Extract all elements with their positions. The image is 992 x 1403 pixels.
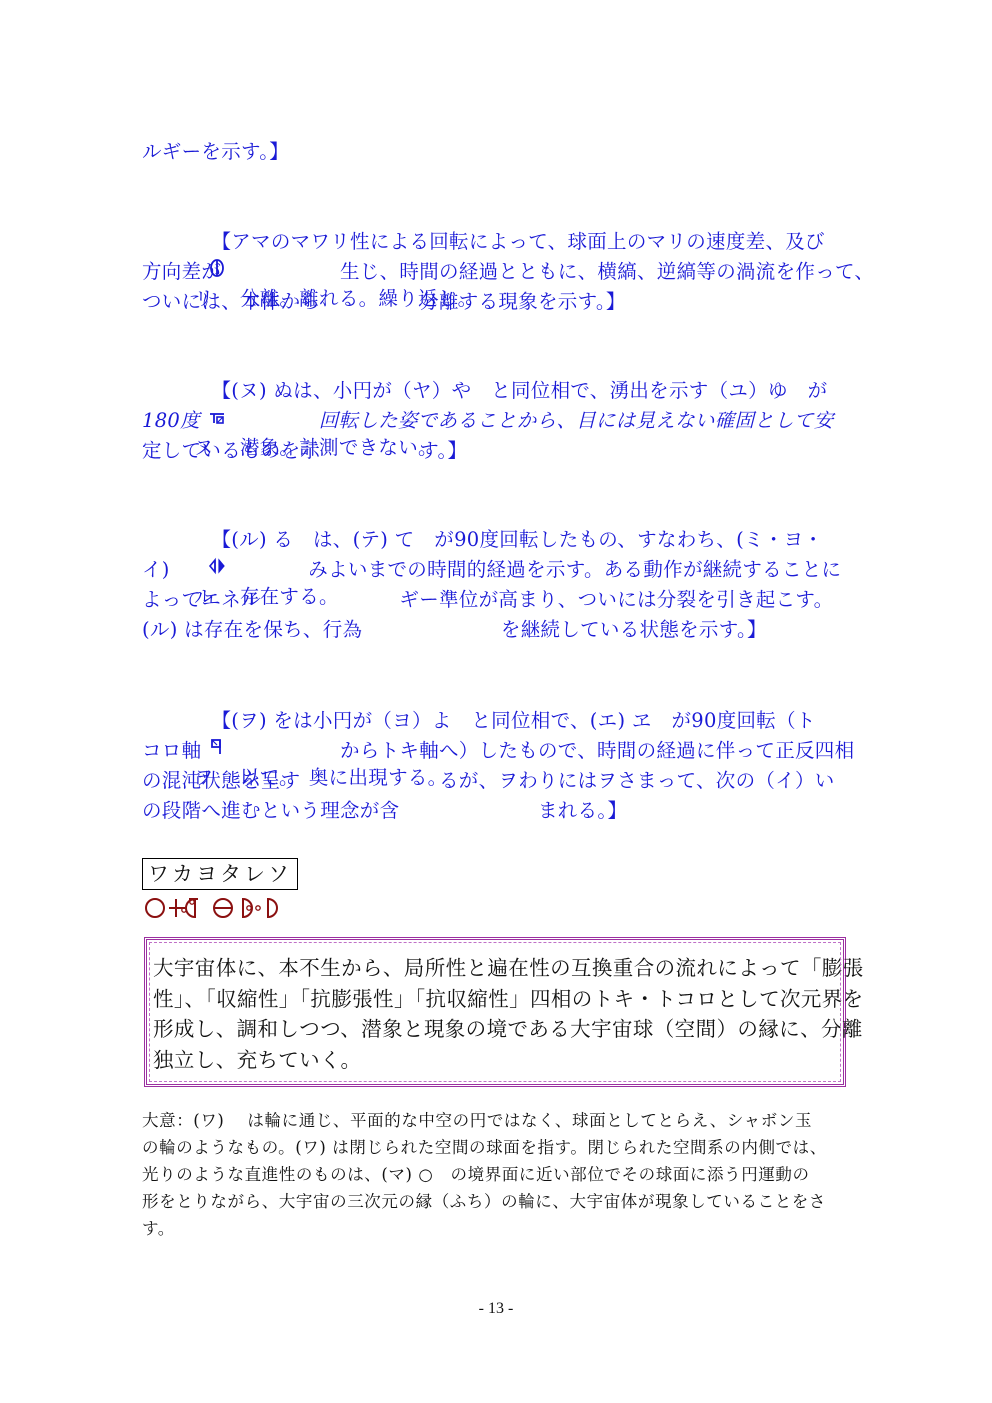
re-glyph-icon bbox=[243, 899, 252, 917]
entry-ri-line: 【アマのマワリ性による回転によって、球面上のマリの速度差、及び bbox=[142, 227, 825, 257]
verse-line: 大宇宙体に、本不生から、局所性と遍在性の互換重合の流れによって「膨張 bbox=[153, 953, 837, 984]
entry-ru-line: よってエネル ギー準位が高まり、ついには分裂を引き起こす。 bbox=[142, 585, 833, 615]
verse-line: 独立し、充ちていく。 bbox=[153, 1045, 837, 1076]
entry-ru-line: (ル) は存在を保ち、行為 を継続している状態を示す。】 bbox=[142, 615, 767, 645]
verse-line: 性」、「収縮性」「抗膨張性」「抗収縮性」四相のトキ・トコロとして次元界を bbox=[153, 984, 837, 1015]
verse-title: ワカヨタレソ bbox=[142, 858, 298, 890]
document-page: ルギーを示す。】 リ 分離。離れる。繰り返し。 【アマのマワリ性による回転によっ… bbox=[0, 0, 992, 1403]
note-line: 形をとりながら、大宇宙の三次元の縁（ふち）の輪に、大宇宙体が現象していることをさ bbox=[142, 1188, 826, 1215]
note-line: す。 bbox=[142, 1215, 175, 1242]
entry-nu-line: 【(ヌ) ぬは、小円が（ヤ）や と同位相で、湧出を示す（ユ）ゆ が bbox=[142, 376, 827, 406]
entry-ru-line: イ) みよいまでの時間的経過を示す。ある動作が継続することに bbox=[142, 555, 841, 585]
entry-ri-line: ついには、本体から 分離する現象を示す。】 bbox=[142, 287, 626, 317]
entry-wo-line: の混沌状態を呈す るが、ヲわりにはヲさまって、次の（イ）い bbox=[142, 766, 835, 796]
entry-nu-line: 180度 回転した姿であることから、目には見えない確固として安 bbox=[142, 406, 834, 436]
ta-glyph-icon bbox=[214, 899, 232, 917]
entry-ru-line: 【(ル) る は、(テ) て が90度回転したもの、すなわち、(ミ・ヨ・ bbox=[142, 525, 823, 555]
verse-line: 形成し、調和しつつ、潜象と現象の境である大宇宙球（空間）の縁に、分離 bbox=[153, 1014, 837, 1045]
note-line: の輪のようなもの。(ワ) は閉じられた空間の球面を指す。閉じられた空間系の内側で… bbox=[142, 1134, 827, 1161]
yo-glyph-icon bbox=[186, 899, 198, 917]
ka-glyph-icon bbox=[169, 899, 186, 917]
entry-wo-line: 【(ヲ) をは小円が（ヨ）よ と同位相で、(エ) ヱ が90度回転（ト bbox=[142, 706, 816, 736]
entry-nu-line: 定しているものを示 す。】 bbox=[142, 436, 467, 466]
entry-wo-line: コロ軸 からトキ軸へ）したもので、時間の経過に伴って正反四相 bbox=[142, 736, 854, 766]
verse-summary-box: 大宇宙体に、本不生から、局所性と遍在性の互換重合の流れによって「膨張 性」、「収… bbox=[144, 937, 846, 1087]
so-glyph-icon bbox=[256, 899, 277, 917]
entry-ri-line: 方向差が 生じ、時間の経過とともに、横縞、逆縞等の渦流を作って、 bbox=[142, 257, 874, 287]
note-line: 光りのような直進性のものは、(マ) ○ の境界面に近い部位でその球面に添う円運動… bbox=[142, 1161, 810, 1188]
page-number: - 13 - bbox=[0, 1300, 992, 1318]
wa-glyph-icon bbox=[146, 899, 164, 917]
note-line: 大意：(ワ) は輪に通じ、平面的な中空の円ではなく、球面としてとらえ、シャボン玉 bbox=[142, 1107, 812, 1134]
continuation-line: ルギーを示す。】 bbox=[142, 137, 289, 167]
verse-glyph-row bbox=[143, 893, 303, 923]
entry-wo-line: の段階へ進むという理念が含 まれる。】 bbox=[142, 796, 627, 826]
